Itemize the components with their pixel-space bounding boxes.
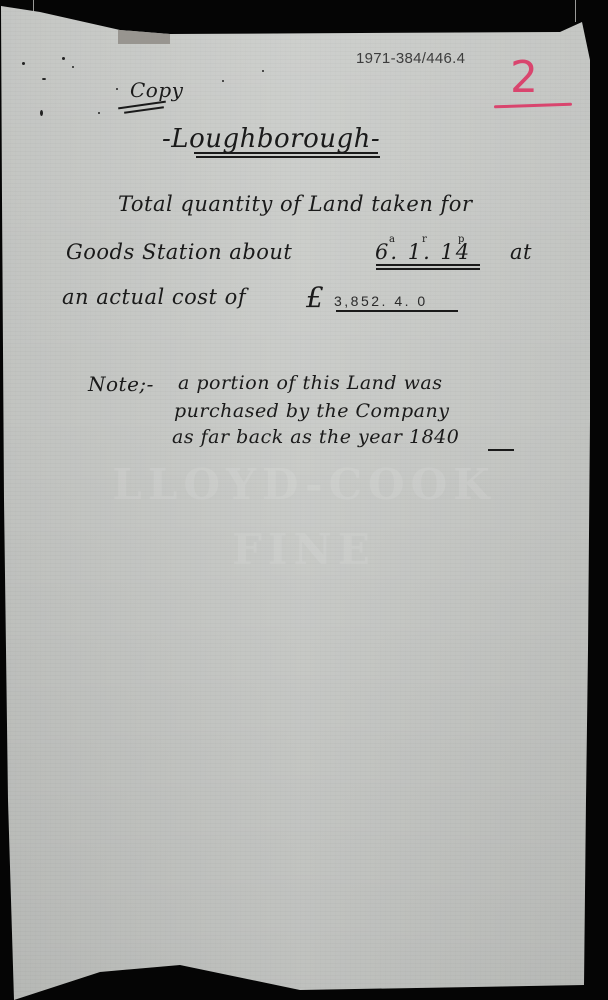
- quantity-underline: [376, 268, 480, 270]
- title-text: Loughborough: [171, 124, 371, 154]
- body-line-1: Total quantity of Land taken for: [118, 192, 472, 216]
- quantity-underline: [376, 264, 480, 266]
- note-line-2: purchased by the Company: [174, 400, 449, 422]
- ink-speck: [62, 57, 65, 60]
- ink-speck: [40, 110, 43, 116]
- ink-speck: [222, 80, 224, 82]
- note-line-1: a portion of this Land was: [178, 372, 442, 394]
- note-line-3: as far back as the year 1840: [172, 426, 459, 448]
- page-number: 2: [510, 56, 538, 100]
- title-underline: [196, 156, 380, 158]
- title-dash: -: [162, 124, 171, 154]
- title-underline: [194, 152, 378, 154]
- archive-reference: 1971-384/446.4: [356, 50, 465, 67]
- ink-speck: [72, 66, 74, 68]
- document-title: -Loughborough-: [162, 124, 380, 154]
- scan-stage: Copy 1971-384/446.4 2 -Loughborough- Tot…: [0, 0, 608, 1000]
- title-dash: -: [371, 124, 380, 154]
- paper-watermark-line-2: FINE: [0, 525, 608, 574]
- ink-speck: [262, 70, 264, 72]
- body-word-at: at: [510, 240, 532, 264]
- document-paper: Copy 1971-384/446.4 2 -Loughborough- Tot…: [0, 0, 608, 1000]
- land-quantity: 6. 1. 14: [375, 240, 471, 264]
- ink-speck: [116, 88, 118, 90]
- pound-sign: £: [306, 281, 324, 314]
- cost-value: 3,852. 4. 0: [334, 293, 428, 309]
- tape-mark: [118, 30, 170, 44]
- ink-speck: [98, 112, 100, 114]
- note-label: Note;-: [88, 372, 154, 396]
- hanging-string-right: [575, 0, 576, 22]
- ink-speck: [22, 62, 25, 65]
- paper-watermark-line-1: LLOYD-COOK: [0, 460, 608, 509]
- body-line-3: an actual cost of: [62, 285, 246, 309]
- body-line-2: Goods Station about: [66, 240, 292, 264]
- cost-underline: [336, 310, 458, 312]
- ink-speck: [42, 78, 46, 80]
- year-underline: [488, 449, 514, 451]
- copy-label: Copy: [130, 78, 183, 102]
